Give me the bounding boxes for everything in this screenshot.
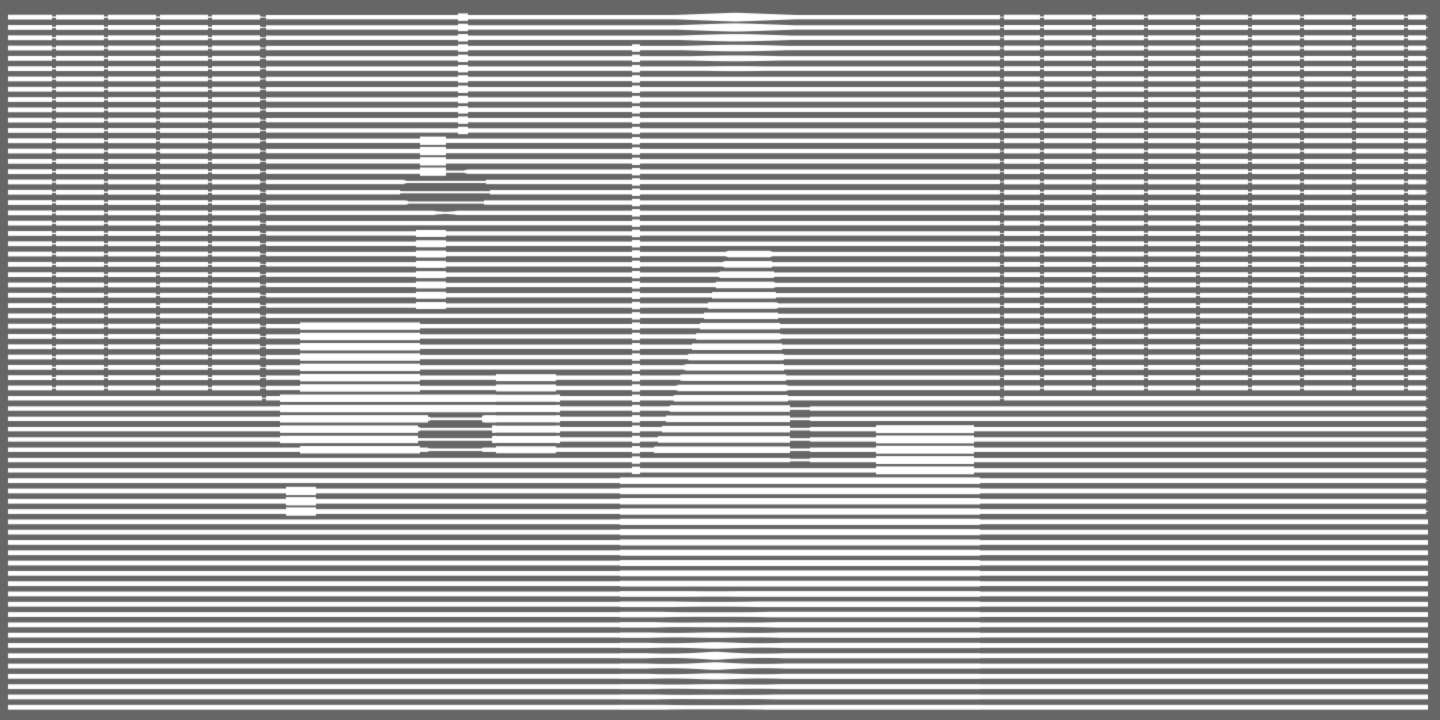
halftone-image: Two-tone horizontal-line halftone of an … bbox=[0, 0, 1440, 720]
halftone-canvas bbox=[0, 0, 1440, 720]
